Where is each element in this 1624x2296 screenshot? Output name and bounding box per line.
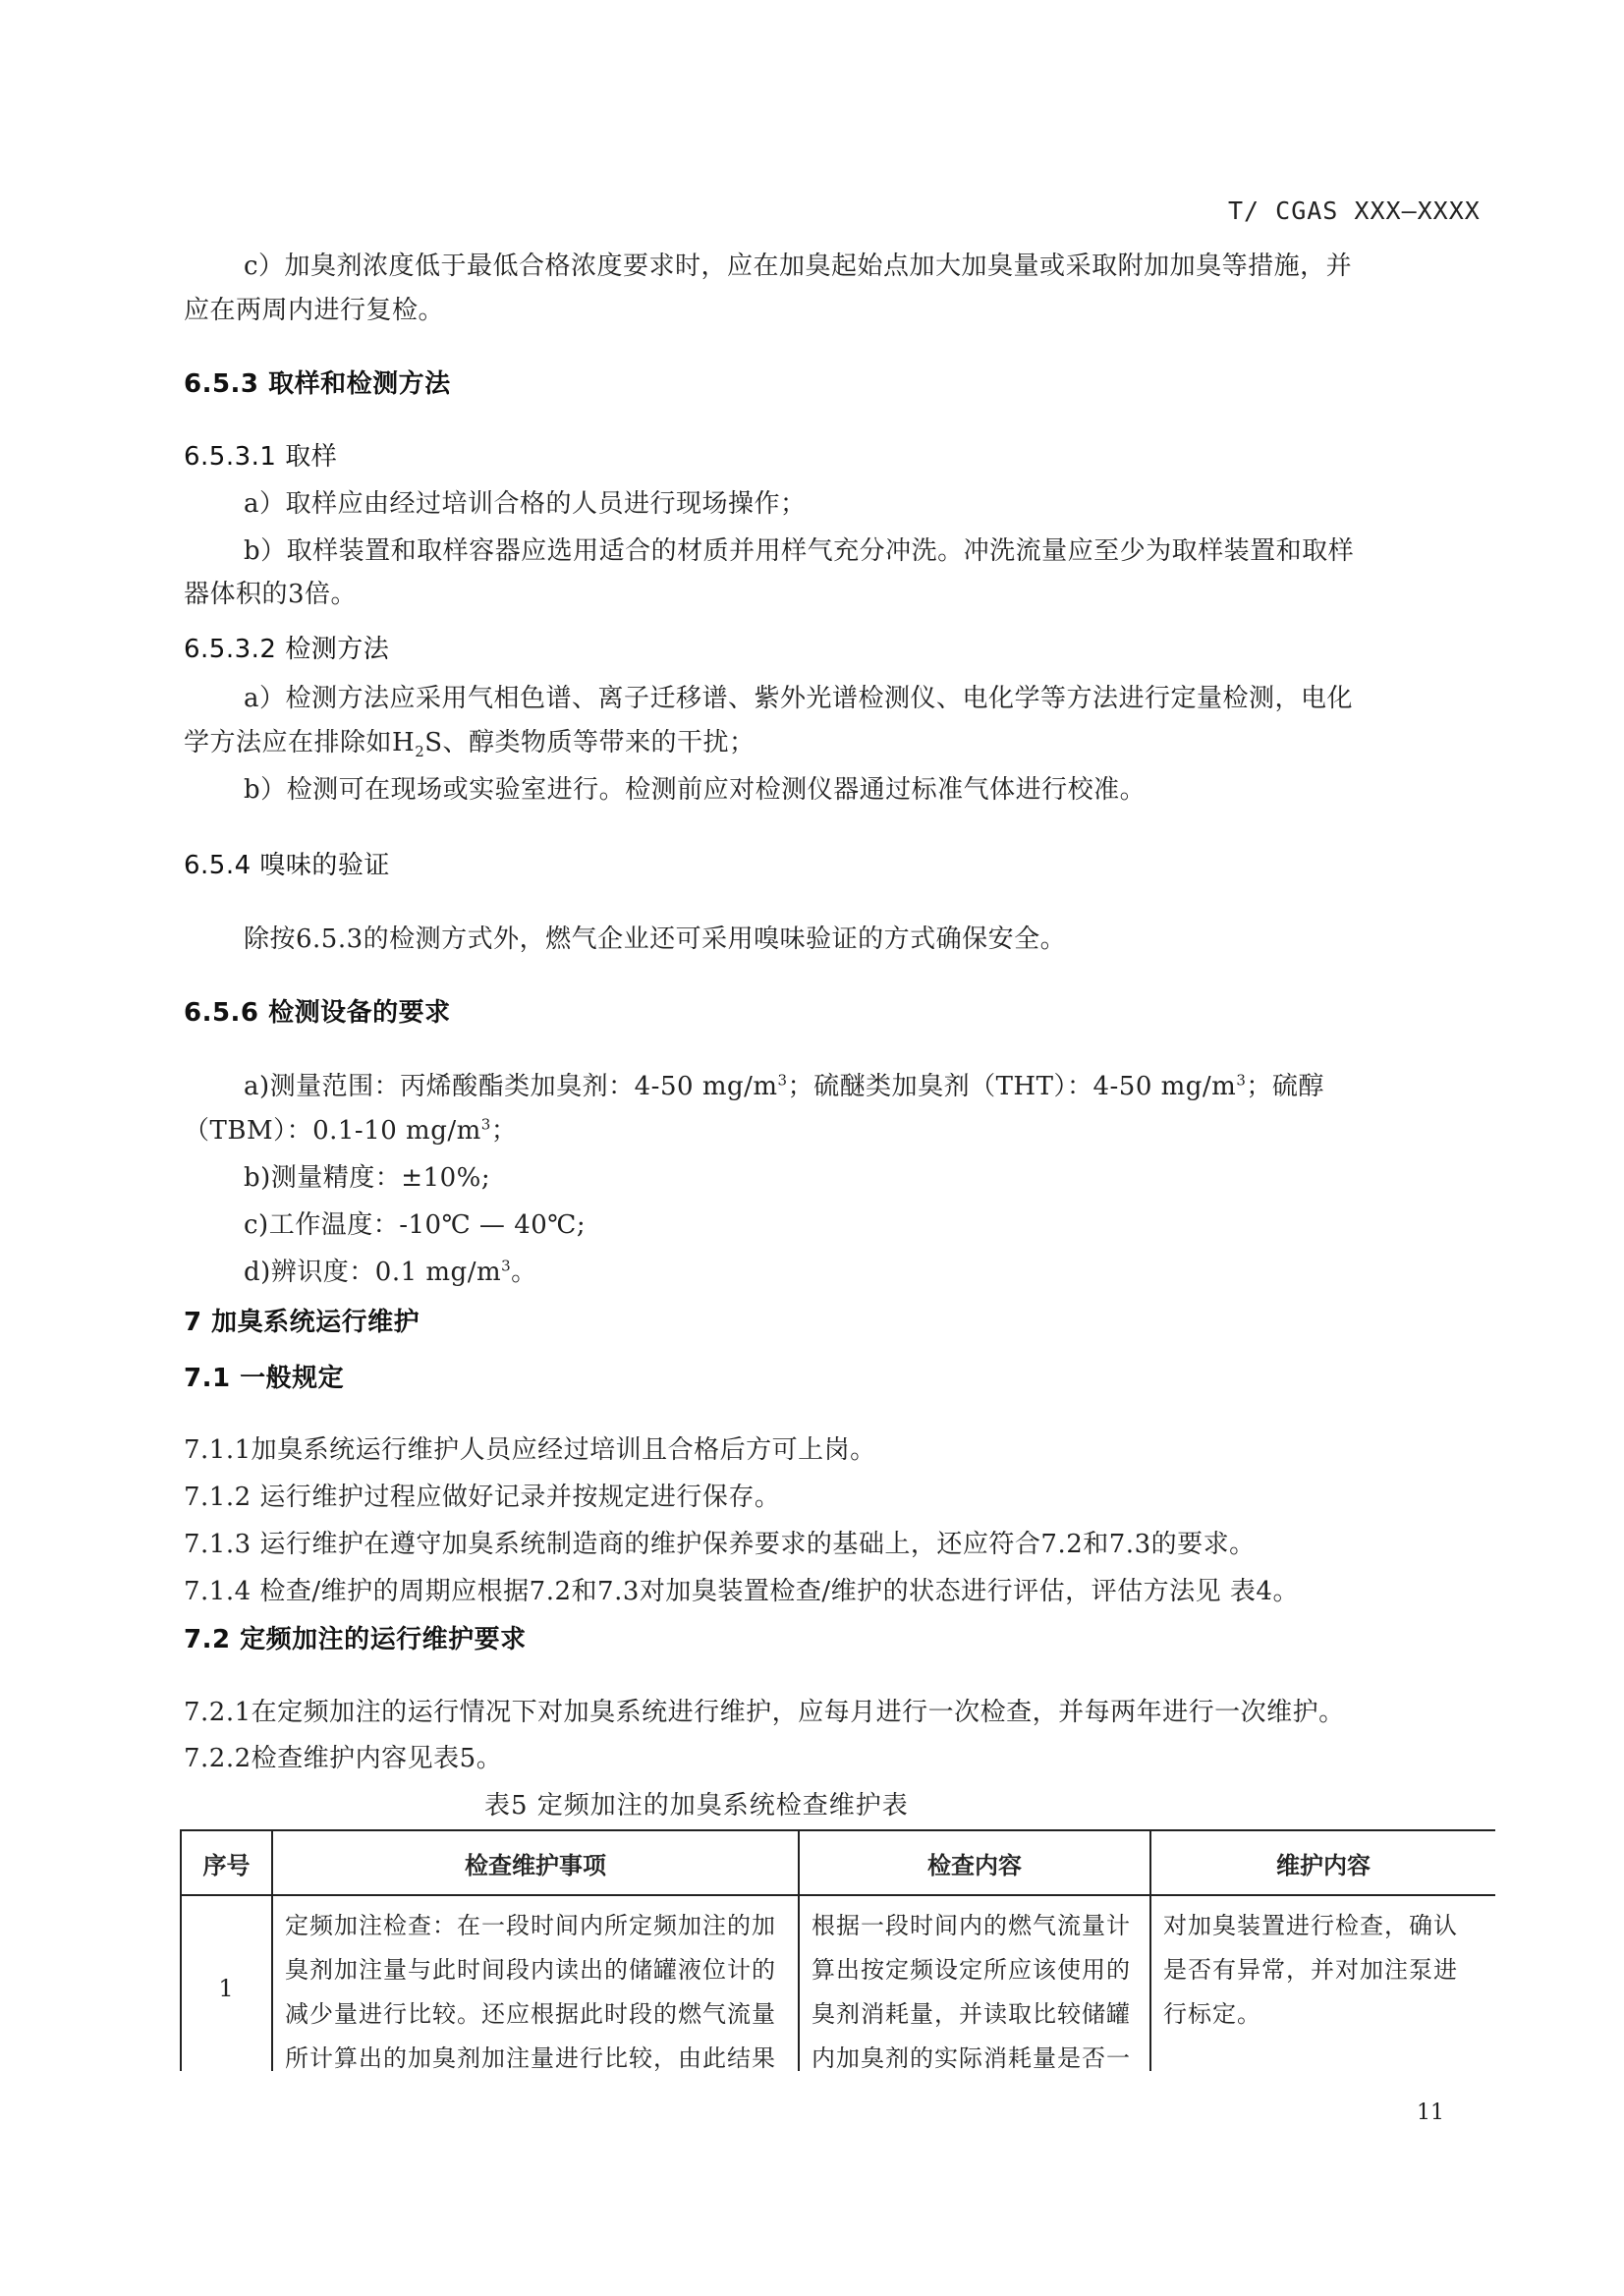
cell-maintenance: 对加臭装置进行检查，确认 是否有异常，并对加注泵进 行标定。 [1150,1895,1495,2071]
text-fragment: S、醇类物质等带来的干扰； [424,728,755,757]
paragraph-7-2-2: 7.2.2检查维护内容见表5。 [184,1738,502,1774]
cell-check: 根据一段时间内的燃气流量计 算出按定频设定所应该使用的 臭剂消耗量，并读取比较储… [799,1895,1150,2071]
sampling-item-a: a）取样应由经过培训合格的人员进行现场操作； [244,483,807,520]
cell-line: 减少量进行比较。还应根据此时段的燃气流量 [285,1992,788,2037]
cell-line: 根据一段时间内的燃气流量计 [812,1904,1140,1948]
superscript: 3 [501,1257,511,1274]
table-row: 1 定频加注检查：在一段时间内所定频加注的加 臭剂加注量与此时间段内读出的储罐液… [181,1895,1495,2071]
cell-line: 臭剂消耗量，并读取比较储罐 [812,1992,1140,2037]
cell-line: 臭剂加注量与此时间段内读出的储罐液位计的 [285,1948,788,1992]
equipment-item-d: d)辨识度：0.1 mg/m3。 [244,1252,537,1288]
table-5-container: 序号 检查维护事项 检查内容 维护内容 1 定频加注检查：在一段时间内所定频加注… [180,1829,1495,2071]
heading-6-5-3-2: 6.5.3.2 检测方法 [184,629,389,665]
heading-7-1: 7.1 一般规定 [184,1358,344,1394]
equipment-item-b: b)测量精度：±10%; [244,1157,490,1194]
paragraph-7-1-2: 7.1.2 运行维护过程应做好记录并按规定进行保存。 [184,1477,780,1513]
superscript: 3 [1236,1071,1246,1089]
paragraph-7-2-1: 7.2.1在定频加注的运行情况下对加臭系统进行维护，应每月进行一次检查，并每两年… [184,1692,1345,1728]
heading-6-5-3: 6.5.3 取样和检测方法 [184,364,451,400]
heading-6-5-3-1: 6.5.3.1 取样 [184,436,337,473]
page-number: 11 [1417,2100,1444,2125]
text-fragment: a)测量范围：丙烯酸酯类加臭剂：4-50 mg/m [244,1072,778,1101]
column-header-number: 序号 [181,1830,272,1895]
heading-7-2: 7.2 定频加注的运行维护要求 [184,1619,527,1655]
heading-6-5-6: 6.5.6 检测设备的要求 [184,992,451,1029]
text-fragment: （TBM）：0.1-10 mg/m [184,1116,481,1146]
cell-line: 对加臭装置进行检查，确认 [1163,1904,1485,1948]
sampling-item-b-line2: 器体积的3倍。 [184,574,357,610]
detection-item-a-line2: 学方法应在排除如H2S、醇类物质等带来的干扰； [184,722,756,760]
paragraph-7-1-1: 7.1.1加臭系统运行维护人员应经过培训且合格后方可上岗。 [184,1429,876,1466]
detection-item-a-line1: a）检测方法应采用气相色谱、离子迁移谱、紫外光谱检测仪、电化学等方法进行定量检测… [244,678,1353,714]
table-5: 序号 检查维护事项 检查内容 维护内容 1 定频加注检查：在一段时间内所定频加注… [180,1829,1495,2071]
cell-line: 算出按定频设定所应该使用的 [812,1948,1140,1992]
heading-7: 7 加臭系统运行维护 [184,1302,420,1338]
paragraph-7-1-3: 7.1.3 运行维护在遵守加臭系统制造商的维护保养要求的基础上，还应符合7.2和… [184,1524,1256,1560]
text-fragment: 学方法应在排除如H [184,728,415,757]
document-page: T/ CGAS XXX—XXXX c）加臭剂浓度低于最低合格浓度要求时，应在加臭… [0,0,1624,2296]
table-header-row: 序号 检查维护事项 检查内容 维护内容 [181,1830,1495,1895]
text-fragment: ； [491,1116,518,1146]
smell-verification-text: 除按6.5.3的检测方式外，燃气企业还可采用嗅味验证的方式确保安全。 [244,919,1066,955]
equipment-item-c: c)工作温度：-10℃ — 40℃; [244,1204,586,1241]
column-header-check: 检查内容 [799,1830,1150,1895]
text-fragment: ；硫醇 [1246,1072,1324,1101]
cell-line: 所计算出的加臭剂加注量进行比较，由此结果 [285,2037,788,2071]
text-fragment: 。 [511,1258,537,1287]
text-fragment: ；硫醚类加臭剂（THT）：4-50 mg/m [788,1072,1237,1101]
cell-line: 内加臭剂的实际消耗量是否一 [812,2037,1140,2071]
paragraph-7-1-4: 7.1.4 检查/维护的周期应根据7.2和7.3对加臭装置检查/维护的状态进行评… [184,1571,1299,1607]
paragraph-c-line2: 应在两周内进行复检。 [184,290,444,326]
cell-item: 定频加注检查：在一段时间内所定频加注的加 臭剂加注量与此时间段内读出的储罐液位计… [272,1895,799,2071]
cell-line: 是否有异常，并对加注泵进 [1163,1948,1485,1992]
column-header-item: 检查维护事项 [272,1830,799,1895]
heading-6-5-4: 6.5.4 嗅味的验证 [184,845,390,881]
paragraph-c-line1: c）加臭剂浓度低于最低合格浓度要求时，应在加臭起始点加大加臭量或采取附加加臭等措… [244,246,1352,282]
standard-code-header: T/ CGAS XXX—XXXX [1228,196,1481,225]
text-fragment: d)辨识度：0.1 mg/m [244,1258,501,1287]
table-5-caption: 表5 定频加注的加臭系统检查维护表 [484,1785,909,1821]
column-header-maintenance: 维护内容 [1150,1830,1495,1895]
superscript: 3 [481,1115,491,1133]
cell-line: 行标定。 [1163,1992,1485,2037]
superscript: 3 [778,1071,788,1089]
equipment-item-a-line2: （TBM）：0.1-10 mg/m3； [184,1110,517,1147]
cell-line: 定频加注检查：在一段时间内所定频加注的加 [285,1904,788,1948]
row-number: 1 [181,1895,272,2071]
sampling-item-b-line1: b）取样装置和取样容器应选用适合的材质并用样气充分冲洗。冲洗流量应至少为取样装置… [244,531,1354,567]
equipment-item-a-line1: a)测量范围：丙烯酸酯类加臭剂：4-50 mg/m3；硫醚类加臭剂（THT）：4… [244,1066,1324,1102]
detection-item-b: b）检测可在现场或实验室进行。检测前应对检测仪器通过标准气体进行校准。 [244,769,1146,806]
subscript: 2 [415,743,424,760]
